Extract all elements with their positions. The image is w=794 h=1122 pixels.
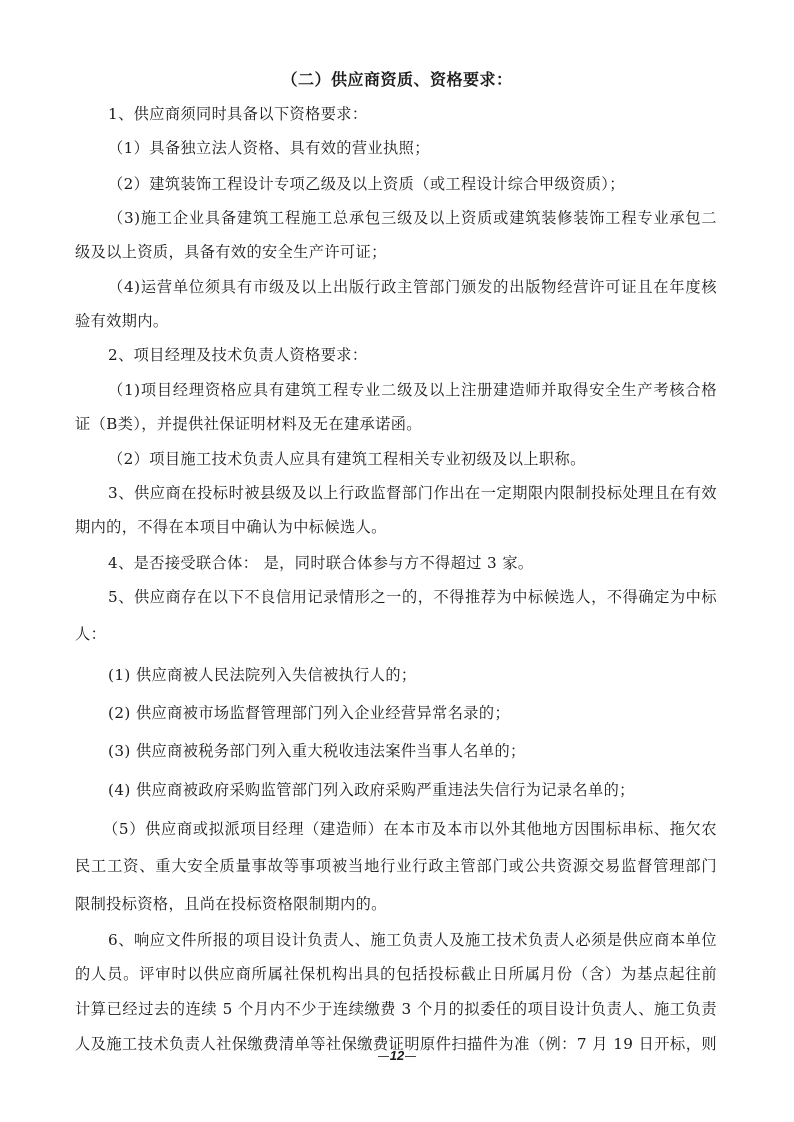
credit-item-5-cont-2: 限制投标资格，且尚在投标资格限制期内的。 bbox=[75, 894, 717, 914]
paragraph-2-title: 2、项目经理及技术负责人资格要求： bbox=[75, 345, 717, 365]
dash-left bbox=[378, 1056, 389, 1057]
requirement-2-2: （2）项目施工技术负责人应具有建筑工程相关专业初级及以上职称。 bbox=[75, 449, 717, 469]
requirement-1-4-cont: 验有效期内。 bbox=[75, 311, 717, 331]
requirement-1-4: （4)运营单位须具有市级及以上出版行政主管部门颁发的出版物经营许可证且在年度核 bbox=[75, 277, 717, 297]
dash-right bbox=[405, 1056, 416, 1057]
requirement-1-1: （1）具备独立法人资格、具有效的营业执照； bbox=[75, 138, 717, 158]
paragraph-5-cont: 人： bbox=[75, 624, 717, 644]
credit-item-5: （5）供应商或拟派项目经理（建造师）在本市及本市以外其他地方因围标串标、拖欠农 bbox=[75, 819, 717, 839]
paragraph-6: 6、响应文件所报的项目设计负责人、施工负责人及施工技术负责人必须是供应商本单位 bbox=[75, 930, 717, 950]
paragraph-3: 3、供应商在投标时被县级及以上行政监督部门作出在一定期限内限制投标处理且在有效 bbox=[75, 483, 717, 503]
paragraph-6-cont-1: 的人员。评审时以供应商所属社保机构出具的包括投标截止日所属月份（含）为基点起往前 bbox=[75, 964, 717, 984]
paragraph-1-title: 1、供应商须同时具备以下资格要求： bbox=[75, 104, 717, 124]
credit-item-3: (3) 供应商被税务部门列入重大税收违法案件当事人名单的； bbox=[75, 741, 717, 761]
paragraph-3-cont: 期内的，不得在本项目中确认为中标候选人。 bbox=[75, 517, 717, 537]
requirement-2-1-cont: 证（B类），并提供社保证明材料及无在建承诺函。 bbox=[75, 414, 717, 434]
page-number-value: 12 bbox=[390, 1048, 404, 1063]
paragraph-4: 4、是否接受联合体： 是，同时联合体参与方不得超过 3 家。 bbox=[75, 553, 717, 573]
requirement-1-3: （3)施工企业具备建筑工程施工总承包三级及以上资质或建筑装修装饰工程专业承包二 bbox=[75, 208, 717, 228]
section-heading: （二）供应商资质、资格要求： bbox=[0, 70, 794, 90]
paragraph-5: 5、供应商存在以下不良信用记录情形之一的，不得推荐为中标候选人，不得确定为中标 bbox=[75, 587, 717, 607]
requirement-1-2: （2）建筑装饰工程设计专项乙级及以上资质（或工程设计综合甲级资质）； bbox=[75, 174, 717, 194]
paragraph-6-cont-2: 计算已经过去的连续 5 个月内不少于连续缴费 3 个月的拟委任的项目设计负责人、… bbox=[75, 999, 717, 1019]
credit-item-5-cont-1: 民工工资、重大安全质量事故等事项被当地行业行政主管部门或公共资源交易监督管理部门 bbox=[75, 856, 717, 876]
credit-item-4: (4) 供应商被政府采购监管部门列入政府采购严重违法失信行为记录名单的； bbox=[75, 780, 717, 800]
requirement-1-3-cont: 级及以上资质，具备有效的安全生产许可证； bbox=[75, 242, 717, 262]
requirement-2-1: （1)项目经理资格应具有建筑工程专业二级及以上注册建造师并取得安全生产考核合格 bbox=[75, 380, 717, 400]
credit-item-2: (2) 供应商被市场监督管理部门列入企业经营异常名录的； bbox=[75, 703, 717, 723]
credit-item-1: (1) 供应商被人民法院列入失信被执行人的； bbox=[75, 665, 717, 685]
page-number: 12 bbox=[0, 1047, 794, 1065]
document-page: （二）供应商资质、资格要求： 1、供应商须同时具备以下资格要求： （1）具备独立… bbox=[0, 0, 794, 1122]
